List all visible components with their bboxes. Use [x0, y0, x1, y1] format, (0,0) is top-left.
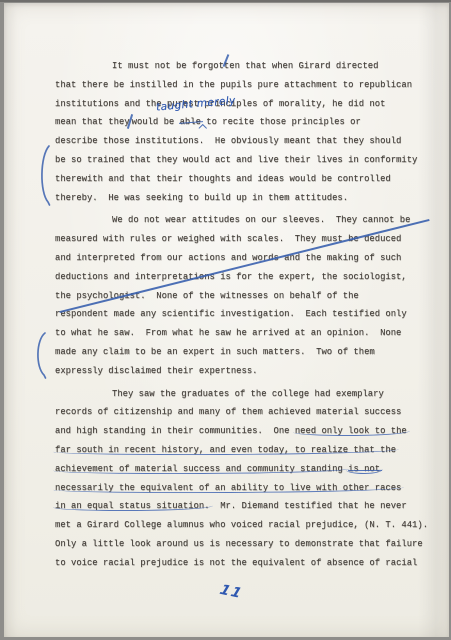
typed-line: thereby. He was seeking to build up in t… — [55, 189, 433, 208]
typed-line: and high standing in their communities. … — [55, 422, 433, 441]
typed-line: met a Girard College alumnus who voiced … — [55, 516, 433, 535]
typed-line: Only a little look around us is necessar… — [55, 535, 433, 554]
typed-line: achievement of material success and comm… — [55, 460, 433, 479]
typed-line: to voice racial prejudice is not the equ… — [55, 554, 433, 573]
text-segment: expressly disclaimed their expertness. — [55, 366, 258, 376]
slash-before-text: would — [132, 117, 159, 127]
pen-underline-text: necessarily the equivalent of an ability… — [55, 483, 401, 493]
text-segment: to voice racial prejudice is not the equ… — [55, 558, 311, 568]
text-segment: deductions and interpretations is for th… — [55, 272, 407, 282]
typed-line: describe those institutions. He obviousl… — [55, 132, 433, 151]
pen-underline-text: far south in recent history, and even to… — [55, 445, 396, 455]
typed-line: to what he saw. From what he saw he arri… — [55, 324, 433, 343]
typed-line: that there be instilled in the pupils pu… — [55, 76, 433, 95]
typed-text-block: It must not be forgotten that when Girar… — [55, 57, 433, 577]
typed-line: necessarily the equivalent of an ability… — [55, 479, 433, 498]
handwritten-page-number: 11 — [217, 582, 245, 602]
text-segment: to what he saw. From what he saw he arri… — [55, 328, 401, 338]
pen-underline-text: in an equal status situation. — [55, 501, 210, 511]
text-segment: records of citizenship and many of them … — [55, 407, 401, 417]
typed-line: mean that theywould be able to recite th… — [55, 113, 433, 132]
text-segment: to recite those principles or — [201, 117, 361, 127]
typed-line: in an equal status situation. Mr. Dieman… — [55, 497, 433, 516]
text-segment: met a Girard College alumnus who voiced … — [55, 520, 428, 530]
text-segment: made any claim to be an expert in such m… — [55, 347, 375, 357]
typed-line: respondent made any scientific investiga… — [55, 305, 433, 324]
typed-line: therewith and that their thoughts and id… — [55, 170, 433, 189]
text-segment: that there be instilled in the pupils pu… — [55, 80, 412, 90]
paragraph: They saw the graduates of the college ha… — [55, 385, 433, 573]
document-page: It must not be forgotten that when Girar… — [4, 3, 449, 637]
margin-paren-icon — [32, 331, 48, 381]
typed-line: made any claim to be an expert in such m… — [55, 343, 433, 362]
pen-underline-text: need only look to the — [295, 426, 407, 436]
text-segment: and high standing in their communities. … — [55, 426, 295, 436]
paragraph: It must not be forgotten that when Girar… — [55, 57, 433, 207]
typed-line: It must not be forgotten that when Girar… — [55, 57, 433, 76]
text-segment: be so trained that they would act and li… — [55, 155, 417, 165]
text-segment: describe those institutions. He obviousl… — [55, 136, 401, 146]
text-segment: respondent made any scientific investiga… — [55, 309, 407, 319]
scanned-page: It must not be forgotten that when Girar… — [0, 0, 451, 640]
typed-line: expressly disclaimed their expertness. — [55, 362, 433, 381]
text-segment: therewith and that their thoughts and id… — [55, 174, 391, 184]
pen-underline-text: is not — [348, 464, 380, 474]
text-segment: and interpreted from our actions and wor… — [55, 253, 401, 263]
paragraph: We do not wear attitudes on our sleeves.… — [55, 211, 433, 380]
text-segment: They saw the graduates of the college ha… — [112, 389, 384, 399]
text-segment: We do not wear attitudes on our sleeves.… — [112, 215, 410, 225]
text-segment: the psychologist. None of the witnesses … — [55, 291, 359, 301]
struck-x-text: of — [311, 558, 322, 568]
text-segment: be — [158, 117, 179, 127]
typed-line: be so trained that they would act and li… — [55, 151, 433, 170]
typed-line: far south in recent history, and even to… — [55, 441, 433, 460]
text-segment: Only a little look around us is necessar… — [55, 539, 423, 549]
struck-text: able — [180, 117, 201, 127]
typed-line: They saw the graduates of the college ha… — [55, 385, 433, 404]
typed-line: deductions and interpretations is for th… — [55, 268, 433, 287]
typed-line: the psychologist. None of the witnesses … — [55, 287, 433, 306]
text-segment: measured with rules or weighed with scal… — [55, 234, 401, 244]
typed-line: and interpreted from our actions and wor… — [55, 249, 433, 268]
typed-line: records of citizenship and many of them … — [55, 403, 433, 422]
text-segment: Mr. Diemand testified that he never — [210, 501, 407, 511]
text-segment: absence of racial — [321, 558, 417, 568]
pen-underline-text: achievement of material success and comm… — [55, 464, 348, 474]
text-segment: mean that they — [55, 117, 130, 127]
typed-line: We do not wear attitudes on our sleeves.… — [55, 211, 433, 230]
text-segment: thereby. He was seeking to build up in t… — [55, 193, 348, 203]
margin-paren-icon — [36, 144, 52, 208]
typed-line: institutions and the purest principles o… — [55, 95, 433, 114]
typed-line: measured with rules or weighed with scal… — [55, 230, 433, 249]
text-segment: It must not be forgotten that when Girar… — [112, 61, 378, 71]
